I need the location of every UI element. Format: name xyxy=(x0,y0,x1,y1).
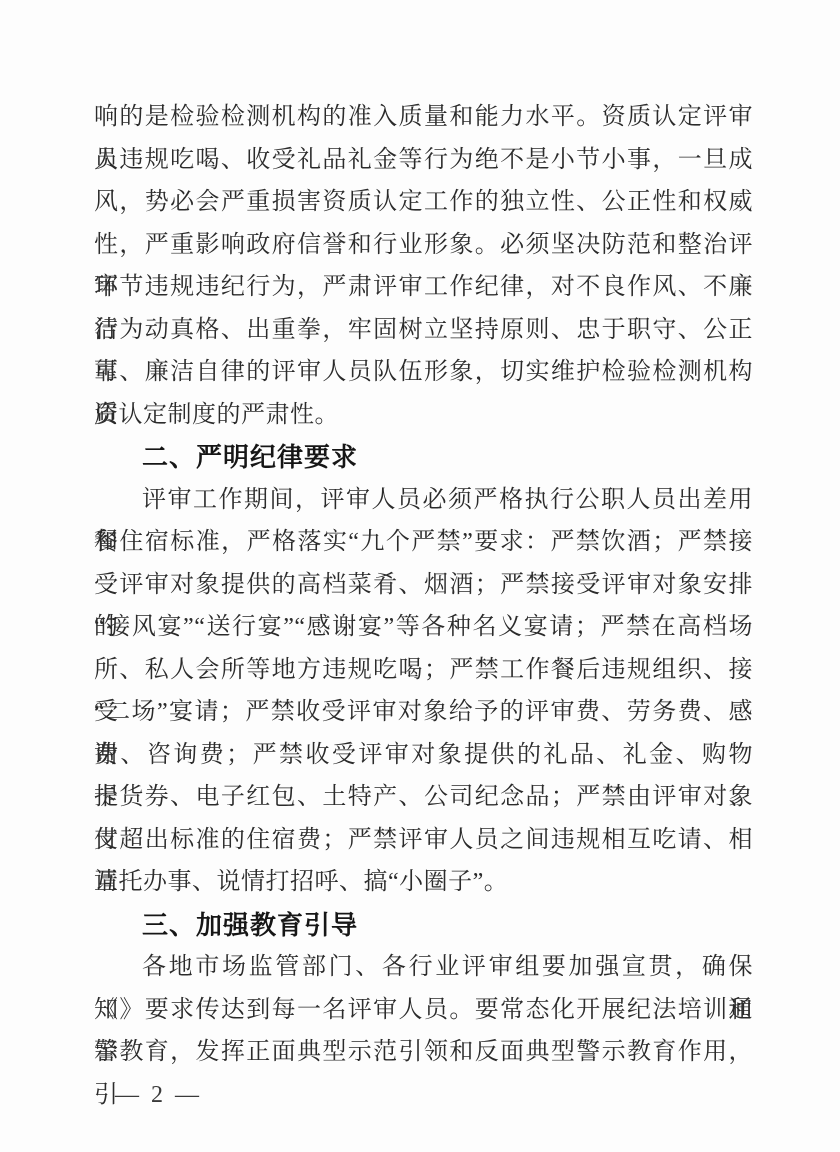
body-line: 环节违规违纪行为，严肃评审工作纪律，对不良作风、不廉洁 xyxy=(94,266,753,309)
section-heading-education: 三、加强教育引导 xyxy=(94,904,753,947)
body-line: 风，势必会严重损害资质认定工作的独立性、公正性和权威 xyxy=(94,181,753,224)
body-line: 所、私人会所等地方违规吃喝；严禁工作餐后违规组织、接受 xyxy=(94,649,753,692)
document-page: 响的是检验检测机构的准入质量和能力水平。资质认定评审人 员违规吃喝、收受礼品礼金… xyxy=(0,0,840,1152)
body-line: 靠、廉洁自律的评审人员队伍形象，切实维护检验检测机构资 xyxy=(94,351,753,394)
section-heading-discipline: 二、严明纪律要求 xyxy=(94,436,753,479)
body-line: 付超出标准的住宿费；严禁评审人员之间违规相互吃请、相互 xyxy=(94,819,753,862)
body-line: 受评审对象提供的高档菜肴、烟酒；严禁接受评审对象安排的 xyxy=(94,564,753,607)
body-line: 各地市场监管部门、各行业评审组要加强宣贯，确保《通 xyxy=(94,946,753,989)
body-line: 性，严重影响政府信誉和行业形象。必须坚决防范和整治评审 xyxy=(94,224,753,267)
body-line: 示教育，发挥正面典型示范引领和反面典型警示教育作用，引 xyxy=(94,1031,753,1074)
body-line: 质认定制度的严肃性。 xyxy=(94,394,753,437)
document-body: 响的是检验检测机构的准入质量和能力水平。资质认定评审人 员违规吃喝、收受礼品礼金… xyxy=(94,96,753,1116)
body-line: 知》要求传达到每一名评审人员。要常态化开展纪法培训和警 xyxy=(94,989,753,1032)
body-line: 员违规吃喝、收受礼品礼金等行为绝不是小节小事，一旦成 xyxy=(94,139,753,182)
body-line: “接风宴”“送行宴”“感谢宴”等各种名义宴请；严禁在高档场 xyxy=(94,606,753,649)
body-line: 评审工作期间，评审人员必须严格执行公职人员出差用餐 xyxy=(94,479,753,522)
body-line: 行为动真格、出重拳，牢固树立坚持原则、忠于职守、公正可 xyxy=(94,309,753,352)
body-line: “二场”宴请；严禁收受评审对象给予的评审费、劳务费、感谢 xyxy=(94,691,753,734)
body-line: 请托办事、说情打招呼、搞“小圈子”。 xyxy=(94,861,753,904)
body-line: 和住宿标准，严格落实“九个严禁”要求：严禁饮酒；严禁接 xyxy=(94,521,753,564)
body-line: 提货券、电子红包、土特产、公司纪念品；严禁由评审对象支 xyxy=(94,776,753,819)
page-number: — 2 — xyxy=(115,1074,753,1117)
body-line: 费、咨询费；严禁收受评审对象提供的礼品、礼金、购物卡、 xyxy=(94,734,753,777)
body-line: 响的是检验检测机构的准入质量和能力水平。资质认定评审人 xyxy=(94,96,753,139)
